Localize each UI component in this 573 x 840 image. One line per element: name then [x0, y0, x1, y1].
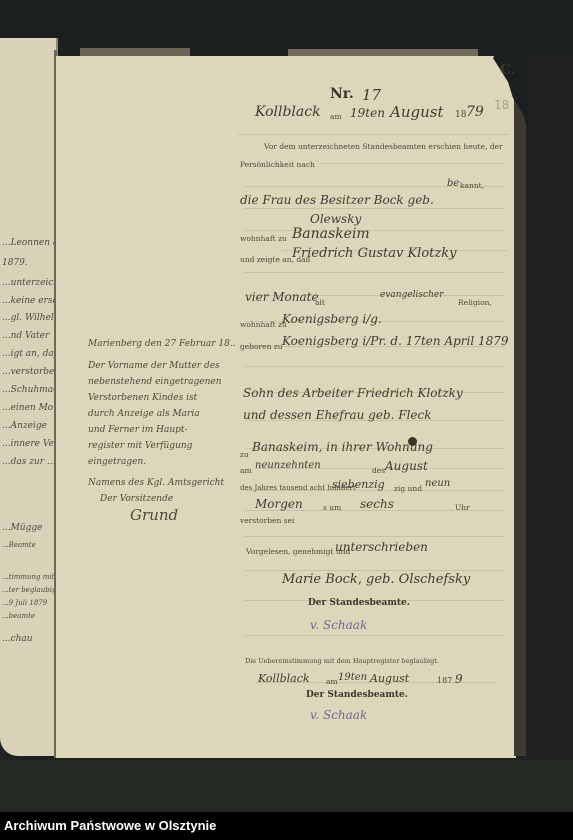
- informant-residence: Banaskeim: [292, 226, 370, 242]
- informant: die Frau des Besitzer Bock geb.: [240, 193, 434, 207]
- margin-note-line: register mit Verfügung: [88, 441, 192, 451]
- margin-note-line: eingetragen.: [88, 457, 146, 467]
- background-bottom: [0, 760, 573, 812]
- death-month: August: [385, 459, 428, 473]
- archive-caption-bar: Archiwum Państwowe w Olsztynie: [0, 812, 573, 840]
- page-edge: [514, 80, 526, 756]
- margin-note-line: Der Vorname der Mutter des: [88, 361, 220, 371]
- left-fragment: ...Mügge: [2, 523, 42, 533]
- official-title: Der Standesbeamte.: [308, 598, 410, 608]
- father: Sohn des Arbeiter Friedrich Klotzky: [243, 386, 463, 400]
- margin-note-line: Der Vorsitzende: [100, 494, 173, 504]
- official-title-2: Der Standesbeamte.: [306, 690, 408, 700]
- official-signature: v. Schaak: [310, 618, 367, 632]
- death-year-tens: siebenzig: [332, 478, 385, 491]
- deceased-residence: Koenigsberg i/g.: [282, 312, 382, 326]
- mother: und dessen Ehefrau geb. Fleck: [243, 408, 432, 422]
- left-fragment: ...das zur ...: [2, 457, 55, 467]
- background-top: [0, 0, 573, 55]
- registration-month: August: [390, 103, 443, 121]
- deceased-religion: evangelischer: [380, 290, 444, 300]
- margin-note-signature: Grund: [130, 506, 178, 524]
- archive-name: Archiwum Państwowe w Olsztynie: [4, 818, 216, 833]
- margin-note-line: Verstorbenen Kindes ist: [88, 393, 197, 403]
- left-fragment: ...Beamte: [2, 541, 36, 549]
- deceased-age: vier Monate: [245, 290, 319, 304]
- left-fragment: ...beamte: [2, 612, 35, 620]
- margin-note-line: Namens des Kgl. Amtsgericht: [88, 478, 224, 488]
- margin-note-line: Marienberg den 27 Februar 18..: [88, 339, 236, 349]
- left-fragment: ...ter beglaubigt: [2, 586, 59, 594]
- binding-strip-left: [80, 48, 190, 56]
- entry-number: 17: [362, 86, 381, 104]
- left-fragment: ...chau: [2, 634, 33, 644]
- number-label: Nr.: [330, 86, 354, 102]
- pencil-page-number: 18: [494, 98, 509, 112]
- intro-text: Vor dem unterzeichneten Standesbeamten e…: [264, 142, 503, 151]
- left-fragment: ...timmung mit: [2, 573, 54, 581]
- informant-signature: Marie Bock, geb. Olschefsky: [282, 572, 470, 587]
- deceased-name: Friedrich Gustav Klotzky: [292, 246, 456, 261]
- left-fragment: ...Anzeige: [2, 421, 47, 431]
- registration-place: Kollblack: [255, 104, 321, 120]
- left-page: ...Leonnen am 1879. ...unterzeichnete ..…: [0, 38, 58, 756]
- margin-note-line: durch Anzeige als Maria: [88, 409, 200, 419]
- death-time-of-day: Morgen: [255, 497, 303, 511]
- register-letter: C.: [500, 62, 516, 78]
- death-year-units: neun: [425, 478, 450, 489]
- death-place: Banaskeim, in ihrer Wohnung: [252, 440, 433, 454]
- death-hour: sechs: [360, 497, 394, 511]
- certification-text: Die Uebereinstimmung mit dem Hauptregist…: [245, 657, 439, 665]
- informant-maiden-name: Olewsky: [310, 212, 361, 226]
- margin-note-line: und Ferner im Haupt-: [88, 425, 188, 435]
- left-fragment: ...nd Vater: [2, 331, 49, 341]
- registration-day: 19ten: [350, 106, 385, 120]
- margin-note-line: nebenstehend eingetragenen: [88, 377, 222, 387]
- deceased-birth: Koenigsberg i/Pr. d. 17ten April 1879: [282, 334, 509, 348]
- left-fragment: ...igt an, daß: [2, 349, 60, 359]
- left-fragment: 1879.: [2, 258, 28, 268]
- left-fragment: ...9 Juli 1879: [2, 599, 47, 607]
- death-day: neunzehnten: [255, 460, 321, 471]
- scan-background: ...Leonnen am 1879. ...unterzeichnete ..…: [0, 0, 573, 812]
- official-signature-2: v. Schaak: [310, 708, 367, 722]
- registration-year: 79: [466, 104, 484, 120]
